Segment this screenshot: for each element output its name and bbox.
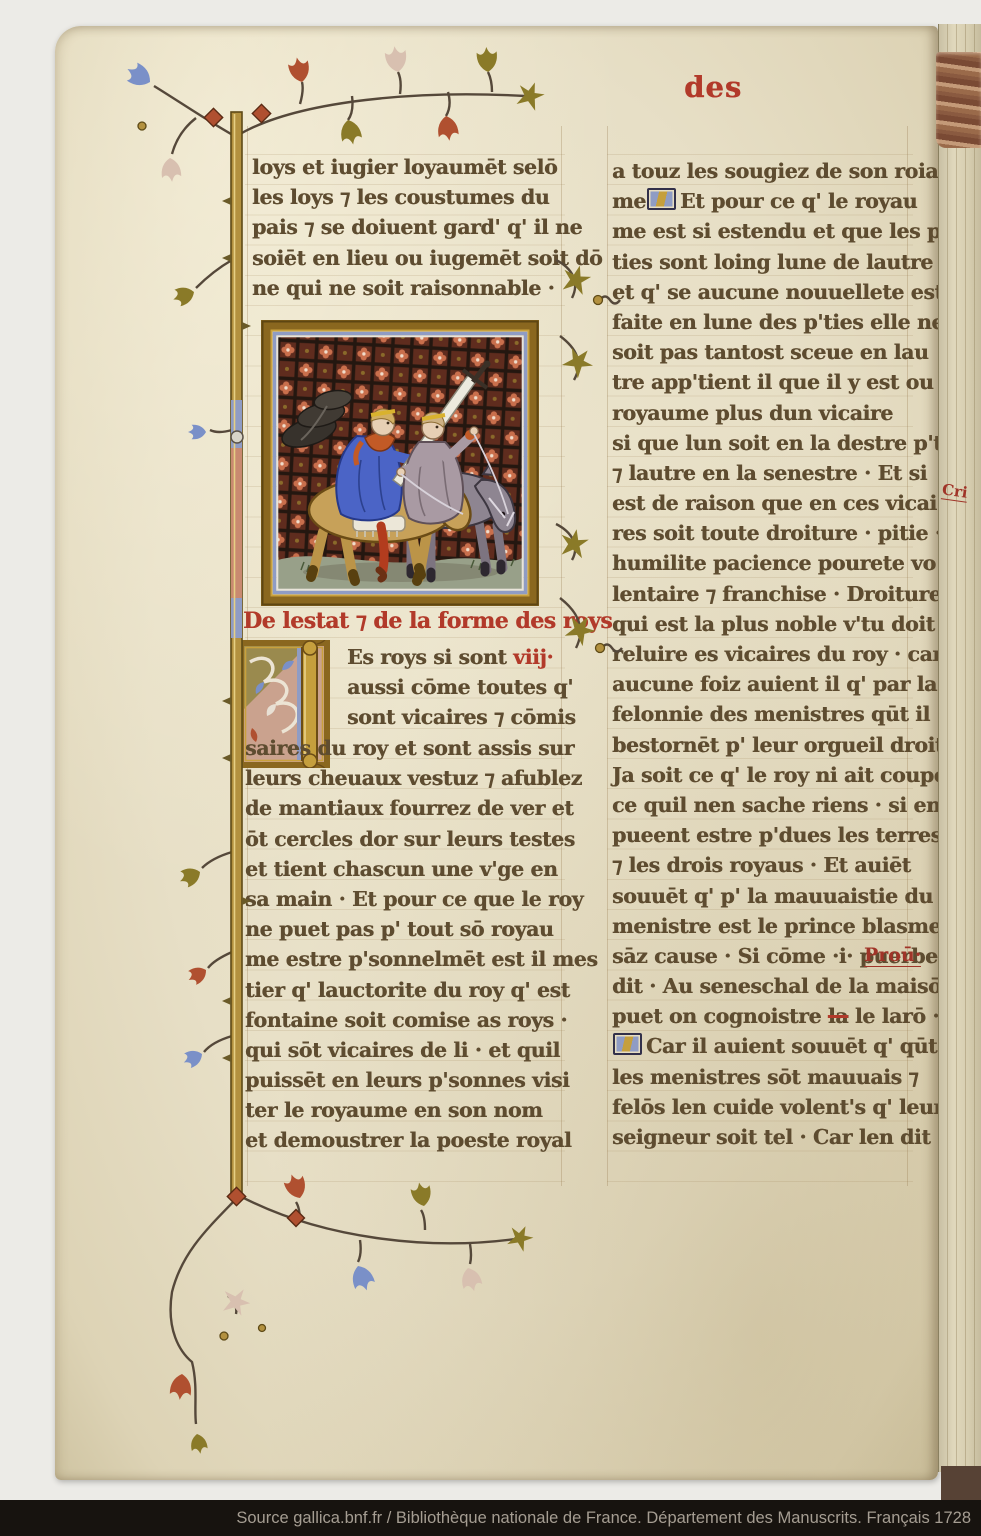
manuscript-photo: des loys et iugier loyaumēt selō les loy… xyxy=(0,0,981,1536)
gallica-caption-bar: Source gallica.bnf.fr / Bibliothèque nat… xyxy=(0,1500,981,1536)
binding-tailband xyxy=(941,1466,981,1504)
page-edges-texture xyxy=(939,24,981,1472)
caption-text: Source gallica.bnf.fr / Bibliothèque nat… xyxy=(236,1509,971,1528)
ivy-vine-border-decoration xyxy=(0,0,981,1536)
fore-edge-text-fragment: Cri xyxy=(941,480,969,502)
book-fore-edge: Cri xyxy=(938,24,981,1472)
binding-headband xyxy=(936,52,981,148)
